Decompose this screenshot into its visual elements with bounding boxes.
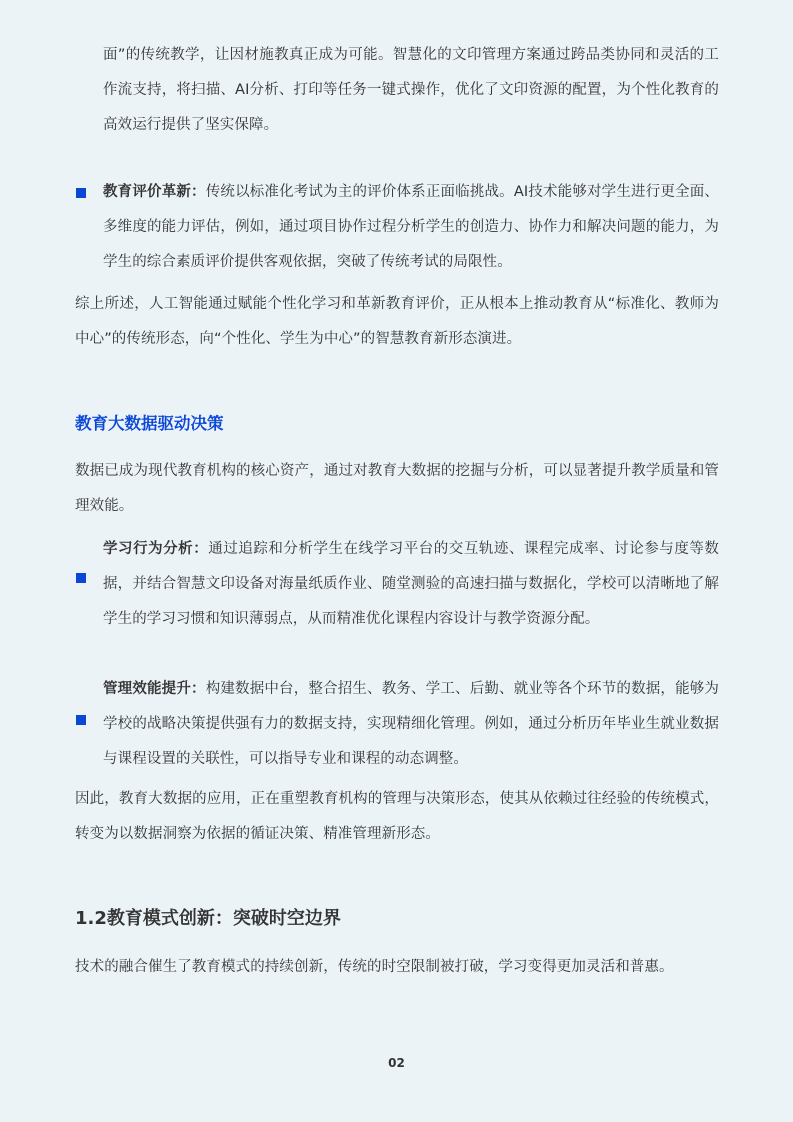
document-page: 面”的传统教学，让因材施教真正成为可能。智慧化的文印管理方案通过跨品类协同和灵活… — [0, 0, 793, 1122]
section-heading: 教育大数据驱动决策 — [75, 410, 224, 438]
continued-paragraph: 面”的传统教学，让因材施教真正成为可能。智慧化的文印管理方案通过跨品类协同和灵活… — [103, 38, 719, 143]
bullet-square-icon — [76, 715, 86, 725]
bullet-learning-behavior: 学习行为分析：通过追踪和分析学生在线学习平台的交互轨迹、课程完成率、讨论参与度等… — [103, 532, 719, 637]
bullet-lead: 管理效能提升： — [103, 681, 206, 697]
bullet-education-evaluation: 教育评价革新：传统以标准化考试为主的评价体系正面临挑战。AI技术能够对学生进行更… — [103, 175, 719, 280]
section-conclusion-paragraph: 因此，教育大数据的应用，正在重塑教育机构的管理与决策形态，使其从依赖过往经验的传… — [75, 782, 719, 852]
page-number: 02 — [0, 1056, 793, 1070]
section-intro-paragraph: 数据已成为现代教育机构的核心资产，通过对教育大数据的挖掘与分析，可以显著提升教学… — [75, 454, 719, 524]
chapter-heading: 1.2教育模式创新：突破时空边界 — [75, 904, 341, 934]
summary-paragraph: 综上所述，人工智能通过赋能个性化学习和革新教育评价，正从根本上推动教育从“标准化… — [75, 287, 719, 357]
chapter-intro-paragraph: 技术的融合催生了教育模式的持续创新，传统的时空限制被打破，学习变得更加灵活和普惠… — [75, 950, 735, 985]
bullet-lead: 教育评价革新： — [103, 184, 206, 200]
bullet-square-icon — [76, 573, 86, 583]
bullet-management-efficiency: 管理效能提升：构建数据中台，整合招生、教务、学工、后勤、就业等各个环节的数据，能… — [103, 672, 719, 777]
bullet-lead: 学习行为分析： — [103, 541, 208, 557]
bullet-square-icon — [76, 188, 86, 198]
